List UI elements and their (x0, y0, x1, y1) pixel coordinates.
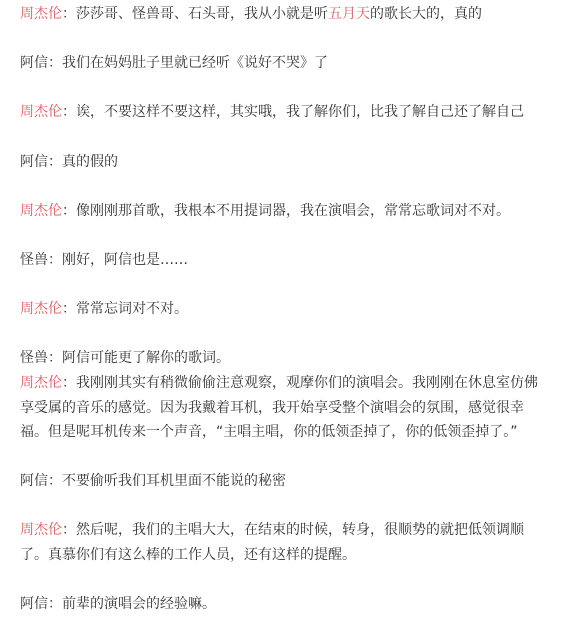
highlighted-band-name: 五月天 (328, 6, 370, 22)
separator: ： (62, 522, 76, 538)
line-text: 然后呢，我们的主唱大大，在结束的时候，转身，很顺势的就把低领调顺了。真慕你们有这… (20, 522, 524, 563)
separator: ： (62, 6, 76, 22)
dialogue-line: 周杰伦：莎莎哥、怪兽哥、石头哥，我从小就是听五月天的歌长大的，真的 (20, 2, 547, 27)
speaker-name: 阿信 (20, 154, 48, 170)
speaker-name: 周杰伦 (20, 6, 62, 22)
line-text: 我们在妈妈肚子里就已经听《说好不哭》了 (62, 55, 328, 71)
dialogue-line: 怪兽：刚好，阿信也是…… (20, 248, 547, 273)
line-text: 我刚刚其实有稍微偷偷注意观察，观摩你们的演唱会。我刚刚在休息室仿佛享受属的音乐的… (20, 375, 538, 440)
speaker-name: 周杰伦 (20, 301, 62, 317)
separator: ： (48, 55, 62, 71)
line-text: 的歌长大的，真的 (370, 6, 482, 22)
line-text: 刚好，阿信也是…… (62, 252, 188, 268)
dialogue-line: 阿信：我们在妈妈肚子里就已经听《说好不哭》了 (20, 51, 547, 76)
dialogue-line: 周杰伦：像刚刚那首歌，我根本不用提词器，我在演唱会，常常忘歌词对不对。 (20, 199, 547, 224)
speaker-name: 周杰伦 (20, 375, 62, 391)
dialogue-line: 怪兽：阿信可能更了解你的歌词。 (20, 346, 547, 371)
separator: ： (62, 203, 76, 219)
line-text: 莎莎哥、怪兽哥、石头哥，我从小就是听 (76, 6, 328, 22)
separator: ： (48, 154, 62, 170)
separator: ： (48, 596, 62, 612)
line-text: 常常忘词对不对。 (76, 301, 188, 317)
separator: ： (62, 375, 76, 391)
line-text: 像刚刚那首歌，我根本不用提词器，我在演唱会，常常忘歌词对不对。 (76, 203, 510, 219)
line-text: 真的假的 (62, 154, 118, 170)
dialogue-line: 阿信：前辈的演唱会的经验嘛。 (20, 592, 547, 617)
separator: ： (62, 301, 76, 317)
separator: ： (48, 473, 62, 489)
separator: ： (48, 252, 62, 268)
speaker-name: 阿信 (20, 473, 48, 489)
speaker-name: 阿信 (20, 55, 48, 71)
speaker-name: 阿信 (20, 596, 48, 612)
speaker-name: 周杰伦 (20, 203, 62, 219)
speaker-name: 怪兽 (20, 350, 48, 366)
line-text: 前辈的演唱会的经验嘛。 (62, 596, 216, 612)
separator: ： (62, 104, 76, 120)
speaker-name: 周杰伦 (20, 104, 62, 120)
dialogue-line: 周杰伦：诶，不要这样不要这样，其实哦，我了解你们，比我了解自己还了解自己 (20, 100, 547, 125)
dialogue-line: 周杰伦：然后呢，我们的主唱大大，在结束的时候，转身，很顺势的就把低领调顺了。真慕… (20, 518, 547, 567)
dialogue-line: 阿信：真的假的 (20, 150, 547, 175)
dialogue-article: 周杰伦：莎莎哥、怪兽哥、石头哥，我从小就是听五月天的歌长大的，真的 阿信：我们在… (0, 0, 547, 617)
line-text: 诶，不要这样不要这样，其实哦，我了解你们，比我了解自己还了解自己 (76, 104, 524, 120)
dialogue-line: 周杰伦：常常忘词对不对。 (20, 297, 547, 322)
line-text: 阿信可能更了解你的歌词。 (62, 350, 230, 366)
speaker-name: 周杰伦 (20, 522, 62, 538)
dialogue-line: 阿信：不要偷听我们耳机里面不能说的秘密 (20, 469, 547, 494)
line-text: 不要偷听我们耳机里面不能说的秘密 (62, 473, 286, 489)
dialogue-line: 周杰伦：我刚刚其实有稍微偷偷注意观察，观摩你们的演唱会。我刚刚在休息室仿佛享受属… (20, 371, 547, 445)
separator: ： (48, 350, 62, 366)
speaker-name: 怪兽 (20, 252, 48, 268)
